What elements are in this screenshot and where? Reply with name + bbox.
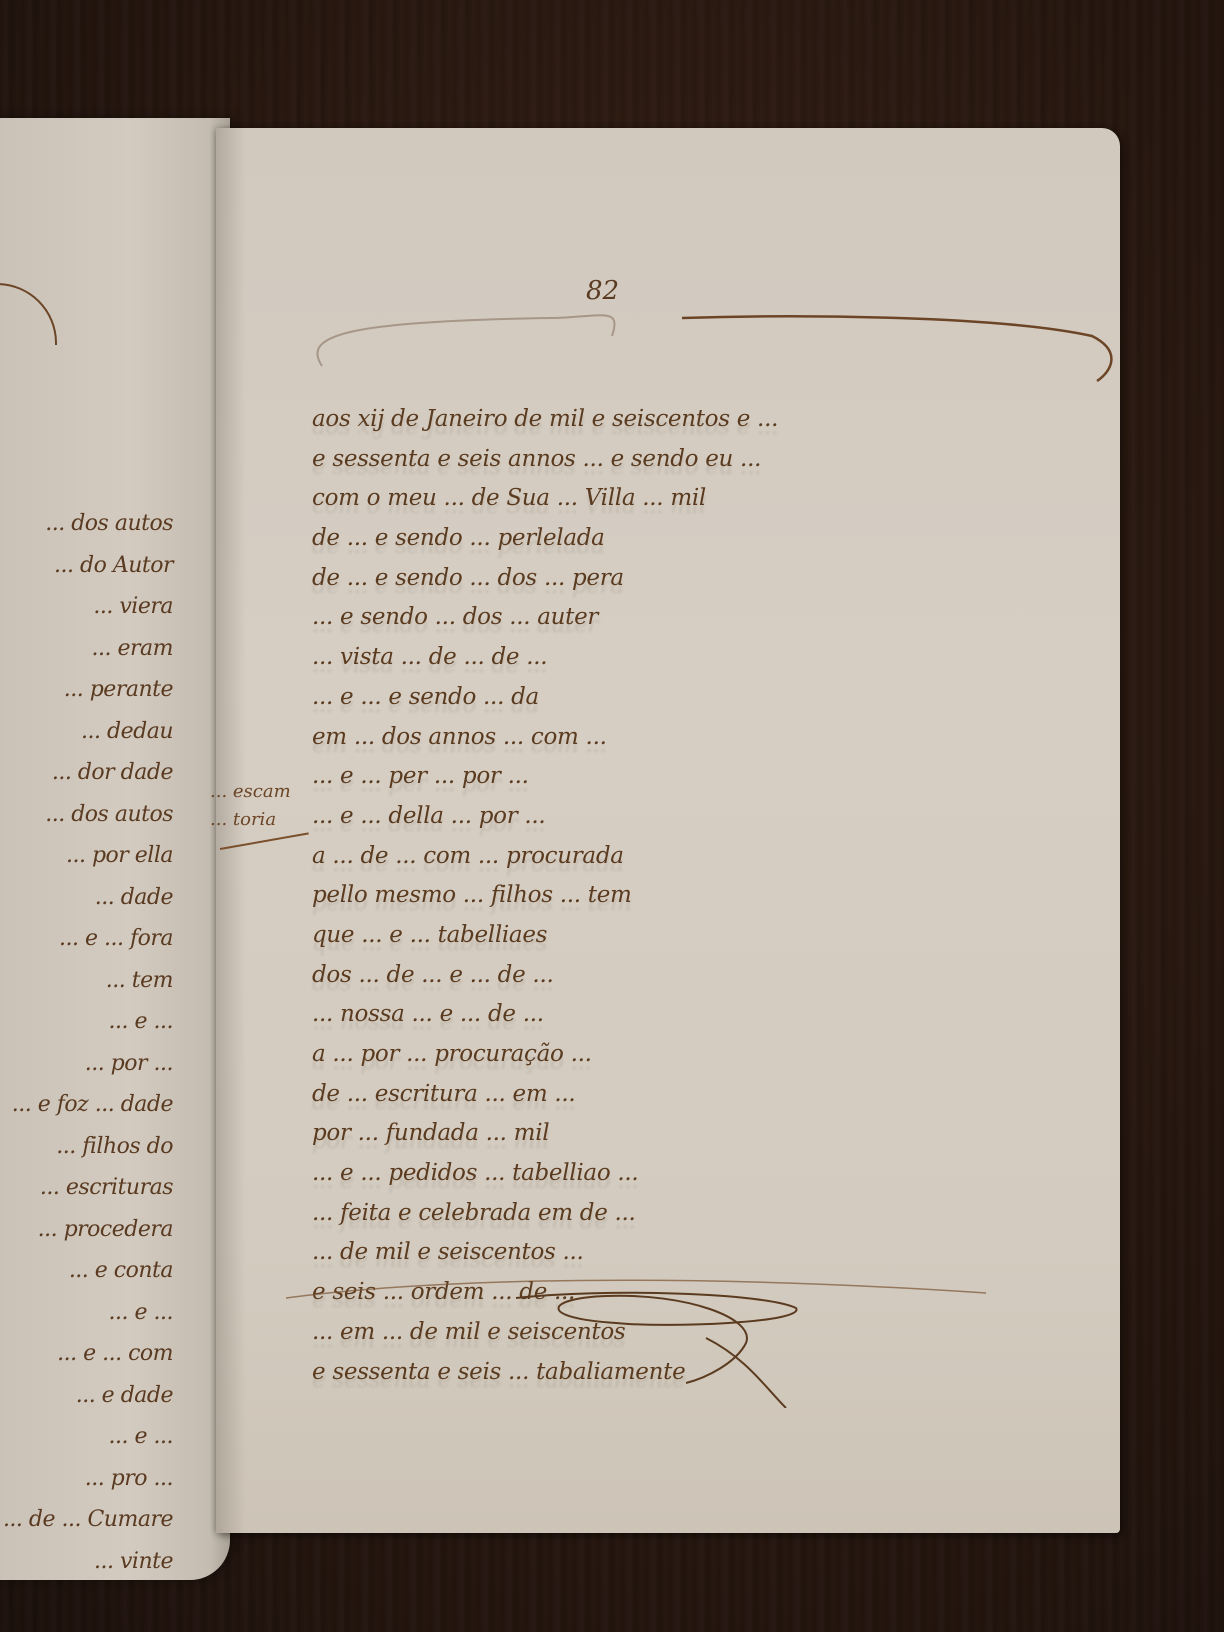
left-line: ... dos autos	[0, 794, 215, 836]
manuscript-line: ... e sendo ... dos ... auter	[312, 598, 952, 638]
manuscript-line: ... vista ... de ... de ...	[312, 638, 952, 678]
left-line: ... dedau	[0, 711, 215, 753]
manuscript-line: que ... e ... tabelliaes	[312, 916, 952, 956]
left-line: ... por ...	[0, 1043, 215, 1085]
left-line: ... e ...	[0, 1292, 215, 1334]
left-line: ... dade	[0, 877, 215, 919]
manuscript-line: ... e ... per ... por ...	[312, 757, 952, 797]
manuscript-line: por ... fundada ... mil	[312, 1114, 952, 1154]
manuscript-line: com o meu ... de Sua ... Villa ... mil	[312, 479, 952, 519]
manuscript-body: aos xij de Janeiro de mil e seiscentos e…	[312, 400, 952, 1392]
left-line: ... e ...	[0, 1416, 215, 1458]
left-line: ... dos autos	[0, 503, 215, 545]
left-line: ... e ...	[0, 1001, 215, 1043]
left-line: ... vinte	[0, 1541, 215, 1583]
left-line: ... e foz ... dade	[0, 1084, 215, 1126]
left-line: ... eram	[0, 628, 215, 670]
margin-note-line: ... escam	[210, 778, 300, 806]
left-line: ... e dade	[0, 1375, 215, 1417]
left-line: ... perante	[0, 669, 215, 711]
manuscript-line: e sessenta e seis annos ... e sendo eu .…	[312, 440, 952, 480]
manuscript-line: aos xij de Janeiro de mil e seiscentos e…	[312, 400, 952, 440]
manuscript-line: a ... de ... com ... procurada	[312, 837, 952, 877]
footer-flourish-icon	[286, 1268, 1006, 1408]
left-line: ... e conta	[0, 1250, 215, 1292]
left-line: ... viera	[0, 586, 215, 628]
manuscript-line: ... e ... della ... por ...	[312, 797, 952, 837]
left-line: ... dor dade	[0, 752, 215, 794]
left-line: ... de ... Cumare	[0, 1499, 215, 1541]
margin-note-line: ... toria	[210, 806, 300, 834]
manuscript-line: de ... escritura ... em ...	[312, 1075, 952, 1115]
manuscript-line: ... e ... e sendo ... da	[312, 678, 952, 718]
left-line: ... pro ...	[0, 1458, 215, 1500]
left-line: ... e ... com	[0, 1333, 215, 1375]
left-page-text: ... dos autos ... do Autor ... viera ...…	[0, 503, 215, 1582]
folio-number: 82	[586, 276, 619, 306]
manuscript-line: ... nossa ... e ... de ...	[312, 995, 952, 1035]
left-line: ... do Autor	[0, 545, 215, 587]
manuscript-line: dos ... de ... e ... de ...	[312, 956, 952, 996]
manuscript-line: ... feita e celebrada em de ...	[312, 1194, 952, 1234]
left-line: ... procedera	[0, 1209, 215, 1251]
manuscript-line: a ... por ... procuração ...	[312, 1035, 952, 1075]
left-line: ... escrituras	[0, 1167, 215, 1209]
manuscript-line: pello mesmo ... filhos ... tem	[312, 876, 952, 916]
header-flourish-icon	[302, 296, 1122, 386]
right-page: 82 ... escam ... toria aos xij de Janeir…	[216, 128, 1120, 1533]
left-page-flourish	[0, 283, 57, 345]
margin-note: ... escam ... toria	[210, 778, 300, 834]
manuscript-line: ... e ... pedidos ... tabelliao ...	[312, 1154, 952, 1194]
manuscript-line: de ... e sendo ... dos ... pera	[312, 559, 952, 599]
left-line: ... tem	[0, 960, 215, 1002]
manuscript-line: de ... e sendo ... perlelada	[312, 519, 952, 559]
manuscript-line: em ... dos annos ... com ...	[312, 718, 952, 758]
left-page: ... dos autos ... do Autor ... viera ...…	[0, 118, 230, 1580]
left-line: ... filhos do	[0, 1126, 215, 1168]
left-line: ... por ella	[0, 835, 215, 877]
left-line: ... e ... fora	[0, 918, 215, 960]
